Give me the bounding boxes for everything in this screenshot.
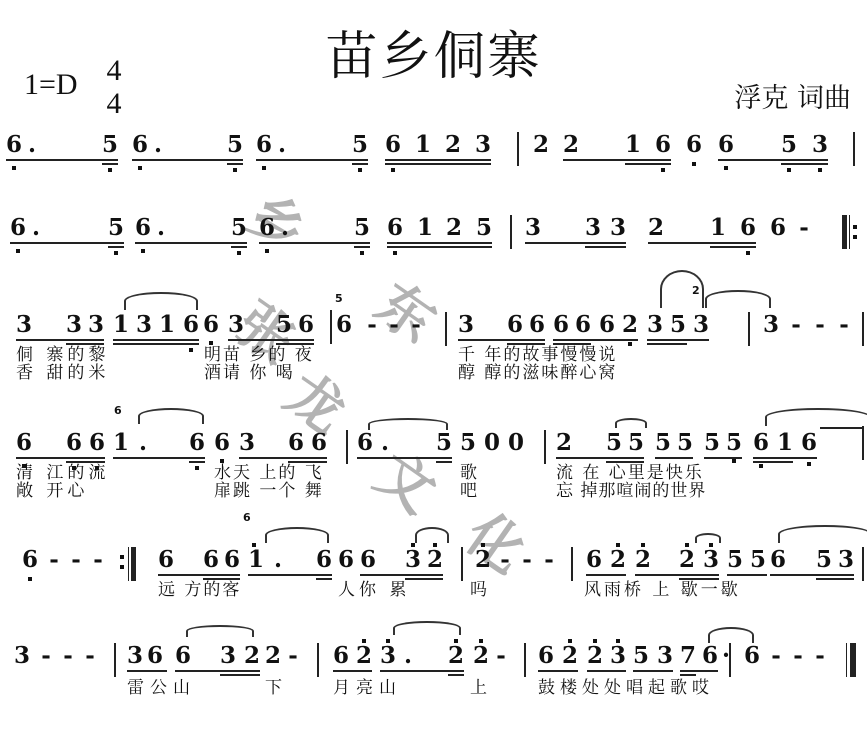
lyric-verse-1: 远 方的客 bbox=[158, 581, 241, 600]
time-signature-top: 4 bbox=[107, 54, 122, 87]
time-signature-bottom: 4 bbox=[107, 87, 122, 120]
row-6-notes: 3--- 366 322- 623. 22- 6223 5376· 6--- bbox=[0, 643, 867, 673]
row-4-notes: 666 1.6 6366 6.5 500 255 5555 616 6 bbox=[0, 430, 867, 460]
lyric-verse-2: 醇 醇的滋味醉心窝 bbox=[458, 364, 617, 383]
lyric-verse-2: 忘 掉那喧闹的世界 bbox=[556, 482, 706, 501]
row-2-notes: 6.5 6.5 6.5 6125 333 216 6- bbox=[0, 215, 867, 245]
lyric-verse-1: 下 bbox=[265, 679, 286, 698]
lyric-verse-2: 香 甜的米 bbox=[16, 364, 109, 383]
lyric-verse-2: 吧 bbox=[460, 482, 481, 501]
lyric-verse-2: 扉跳 一个 舞 bbox=[214, 482, 324, 501]
lyric-verse-2: 敞 开心 bbox=[16, 482, 88, 501]
watermark-char: 东 bbox=[362, 261, 454, 359]
key-signature: 1=D bbox=[24, 68, 78, 102]
row-3-notes: 333 1316 6356 6--- 366 6662 353 3--- 5 2 bbox=[0, 312, 867, 342]
grace-note: 6 bbox=[243, 511, 251, 524]
row-5-notes: 6--- 666 1.6 6632 2--- 622 23 556 53 6 bbox=[0, 547, 867, 577]
author-credit: 浮克 词曲 bbox=[734, 76, 851, 115]
lyric-verse-1: 上 bbox=[470, 679, 491, 698]
grace-note: 6 bbox=[114, 404, 122, 417]
lyric-verse-1: 月亮山 bbox=[333, 679, 402, 698]
grace-note: 5 bbox=[335, 292, 343, 305]
lyric-verse-2: 酒请 你 喝 bbox=[204, 364, 295, 383]
lyric-verse-1: 风雨桥 上 歇一歇 bbox=[584, 581, 741, 600]
lyric-verse-1: 吗 bbox=[470, 581, 491, 600]
lyric-verse-1: 人你 累 bbox=[338, 581, 410, 600]
lyric-verse-1: 雷公山 bbox=[127, 679, 196, 698]
row-1-notes: 6.5 6.5 6.5 6123 2216 6653 bbox=[0, 132, 867, 162]
lyric-verse-1: 鼓楼处处唱起歌哎 bbox=[538, 679, 714, 698]
time-signature: 4 4 bbox=[103, 56, 125, 119]
